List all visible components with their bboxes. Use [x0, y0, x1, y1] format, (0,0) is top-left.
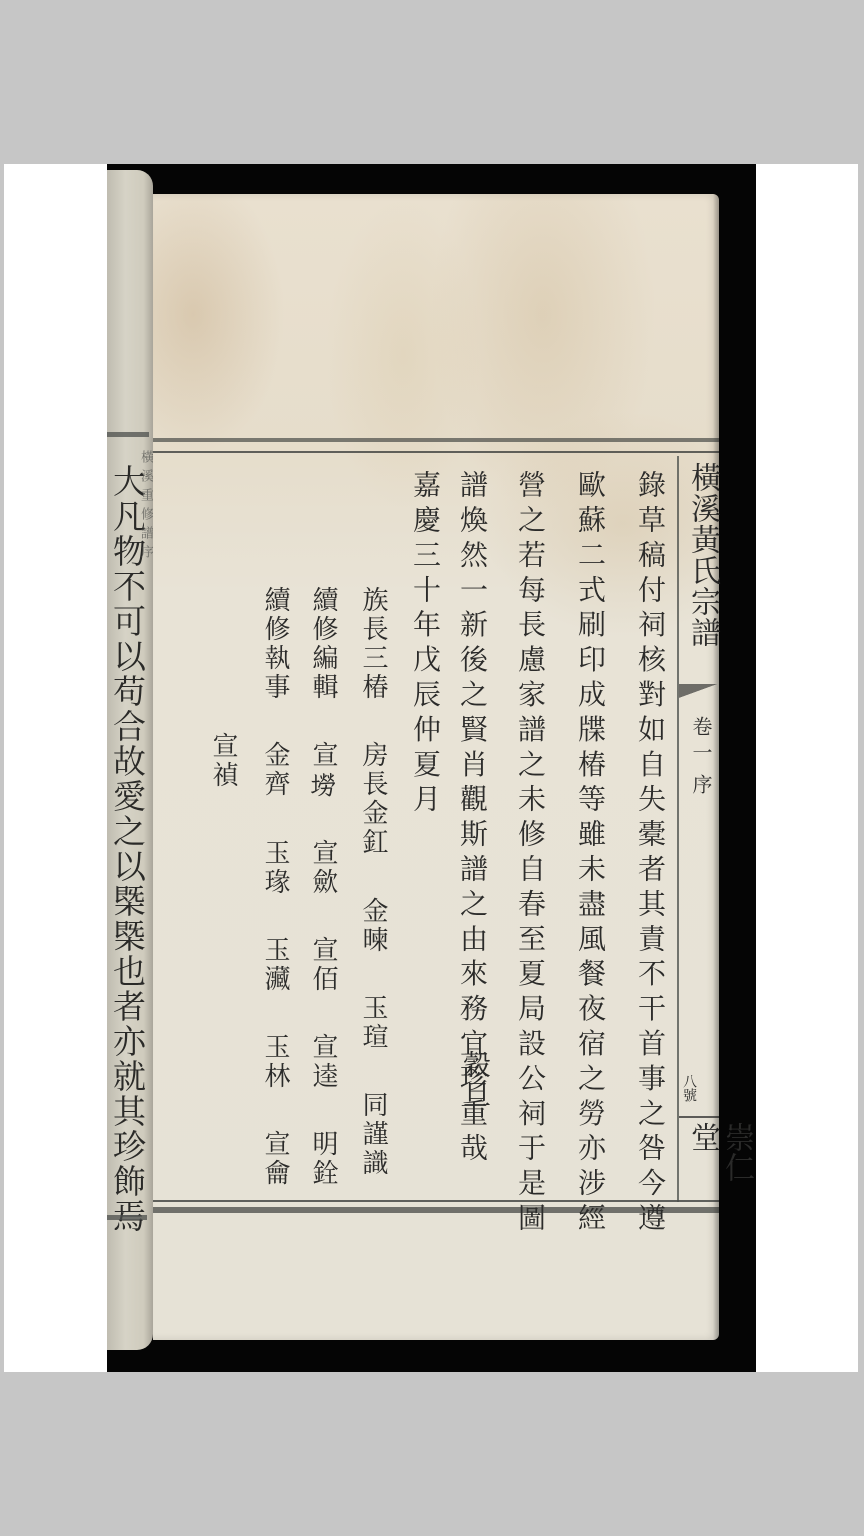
top-border-rule-inner	[153, 451, 719, 453]
signature-entry: 金暕	[357, 897, 389, 955]
banxin-section: 序	[687, 774, 716, 794]
signature-entry: 宣龠	[259, 1130, 291, 1188]
signature-entry: 同謹識	[357, 1091, 389, 1178]
signature-entry: 宣禎	[207, 732, 239, 790]
previous-page-top-rule	[107, 432, 149, 437]
previous-page-bottom-rule	[107, 1215, 147, 1220]
document-scan: 大凡物不可以苟合故愛之以㮣㮣也者亦就其珍飾焉 橫溪重修譜序 錄草稿付祠核對如自失…	[107, 164, 756, 1372]
signature-entry: 續修編輯	[307, 586, 339, 702]
text-column-2: 歐蘇二式刷印成牒椿等雖未盡風餐夜宿之勞亦涉經	[573, 470, 607, 1238]
signature-entry: 玉㶓	[259, 936, 291, 994]
signature-entry: 房長金釭	[357, 741, 389, 857]
signature-entry: 宣逵	[307, 1033, 339, 1091]
page-edge	[713, 194, 719, 1340]
signature-entry: 族長三椿	[357, 586, 389, 702]
signature-entry: 續修執事	[259, 586, 291, 702]
signature-row-stewards: 續修執事 金齊 玉瑑 玉㶓 玉林 宣龠	[259, 586, 291, 1216]
signature-entry: 明銓	[307, 1130, 339, 1188]
previous-page-faint-text: 橫溪重修譜序	[137, 450, 153, 564]
previous-page-text: 大凡物不可以苟合故愛之以㮣㮣也者亦就其珍飾焉	[109, 464, 145, 1234]
text-column-1: 錄草稿付祠核對如自失橐者其責不干首事之咎今遵	[633, 470, 667, 1238]
previous-page: 大凡物不可以苟合故愛之以㮣㮣也者亦就其珍飾焉 橫溪重修譜序	[107, 170, 153, 1350]
signature-entry: 宣𡑍	[307, 741, 339, 799]
signature-entry: 宣歛	[307, 839, 339, 897]
signature-row-extra: 宣禎	[207, 732, 239, 818]
signature-entry: 玉林	[259, 1033, 291, 1091]
top-border-rule	[153, 438, 719, 442]
signature-entry: 宣佰	[307, 936, 339, 994]
banxin-hall-name: 崇仁堂	[685, 1122, 753, 1202]
date-suffix: 穀旦	[458, 1050, 492, 1110]
signature-row-clan-heads: 族長三椿 房長金釭 金暕 玉瑄 同謹識	[357, 586, 389, 1206]
banxin-number: 八號	[681, 1074, 697, 1102]
signature-entry: 金齊	[259, 741, 291, 799]
date-column: 嘉慶三十年戊辰仲夏月	[408, 470, 442, 819]
signature-entry: 玉瑑	[259, 839, 291, 897]
current-page: 錄草稿付祠核對如自失橐者其責不干首事之咎今遵 歐蘇二式刷印成牒椿等雖未盡風餐夜宿…	[153, 194, 719, 1340]
signature-row-editors: 續修編輯 宣𡑍 宣歛 宣佰 宣逵 明銓	[307, 586, 339, 1216]
text-column-3: 營之若每長慮家譜之未修自春至夏局設公祠于是圖	[513, 470, 547, 1238]
banxin-volume: 卷一	[687, 716, 716, 768]
signature-entry: 玉瑄	[357, 994, 389, 1052]
